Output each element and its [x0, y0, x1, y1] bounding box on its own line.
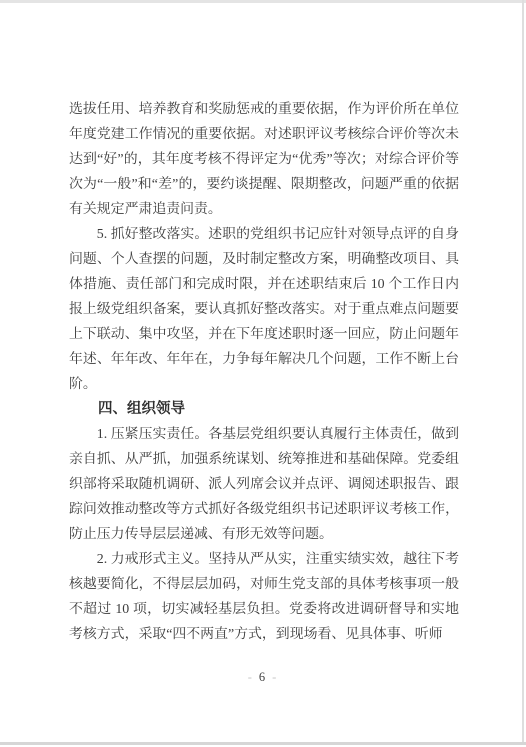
- body-paragraph-item-2: 2. 力戒形式主义。坚持从严从实，注重实绩实效，越往下考核越要简化，不得层层加码…: [69, 547, 459, 647]
- page-right-edge: [522, 0, 524, 744]
- section-heading-organization-leadership: 四、组织领导: [69, 397, 459, 422]
- page-footer: -6-: [0, 668, 524, 686]
- page-bottom-edge: [0, 742, 526, 745]
- footer-dash-left: -: [248, 670, 252, 684]
- page-top-edge: [0, 0, 526, 3]
- body-paragraph-item-5: 5. 抓好整改落实。述职的党组织书记应针对领导点评的自身问题、个人查摆的问题，及…: [69, 222, 459, 397]
- page-number: 6: [259, 670, 265, 684]
- document-page: 选拔任用、培养教育和奖励惩戒的重要依据，作为评价所在单位年度党建工作情况的重要依…: [0, 0, 526, 747]
- document-body: 选拔任用、培养教育和奖励惩戒的重要依据，作为评价所在单位年度党建工作情况的重要依…: [69, 97, 459, 647]
- footer-dash-right: -: [272, 670, 276, 684]
- body-paragraph-continuation: 选拔任用、培养教育和奖励惩戒的重要依据，作为评价所在单位年度党建工作情况的重要依…: [69, 97, 459, 222]
- body-paragraph-item-1: 1. 压紧压实责任。各基层党组织要认真履行主体责任，做到亲自抓、从严抓，加强系统…: [69, 422, 459, 547]
